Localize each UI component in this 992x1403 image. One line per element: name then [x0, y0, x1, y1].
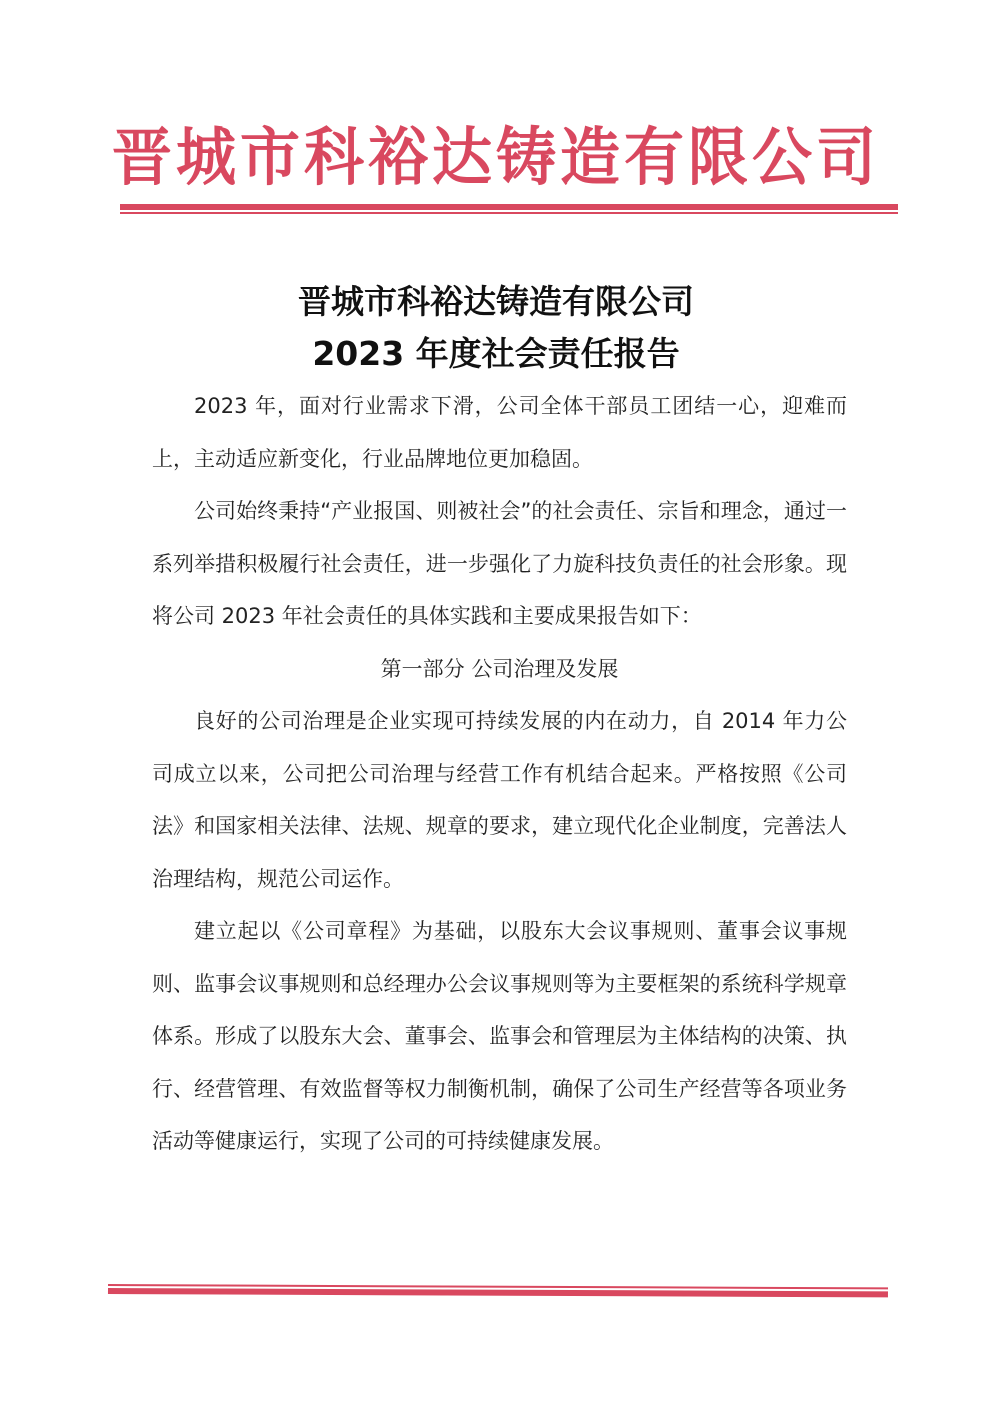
document-body: 2023 年，面对行业需求下滑，公司全体干部员工团结一心，迎难而上，主动适应新变…	[152, 380, 847, 1168]
paragraph-commitment: 公司始终秉持“产业报国、则被社会”的社会责任、宗旨和理念，通过一系列举措积极履行…	[152, 485, 847, 643]
divider-thin-line	[120, 212, 898, 214]
section-heading: 第一部分 公司治理及发展	[152, 643, 847, 696]
document-title: 晋城市科裕达铸造有限公司 2023 年度社会责任报告	[0, 276, 992, 380]
footer-divider	[108, 1284, 888, 1297]
paragraph-framework: 建立起以《公司章程》为基础，以股东大会议事规则、董事会议事规则、监事会议事规则和…	[152, 905, 847, 1168]
letterhead-company-name: 晋城市科裕达铸造有限公司	[0, 116, 992, 200]
document-title-line-1: 晋城市科裕达铸造有限公司	[0, 276, 992, 328]
paragraph-governance: 良好的公司治理是企业实现可持续发展的内在动力，自 2014 年力公司成立以来，公…	[152, 695, 847, 905]
paragraph-intro: 2023 年，面对行业需求下滑，公司全体干部员工团结一心，迎难而上，主动适应新变…	[152, 380, 847, 485]
document-title-line-2: 2023 年度社会责任报告	[0, 328, 992, 380]
letterhead-divider-top	[120, 204, 898, 214]
